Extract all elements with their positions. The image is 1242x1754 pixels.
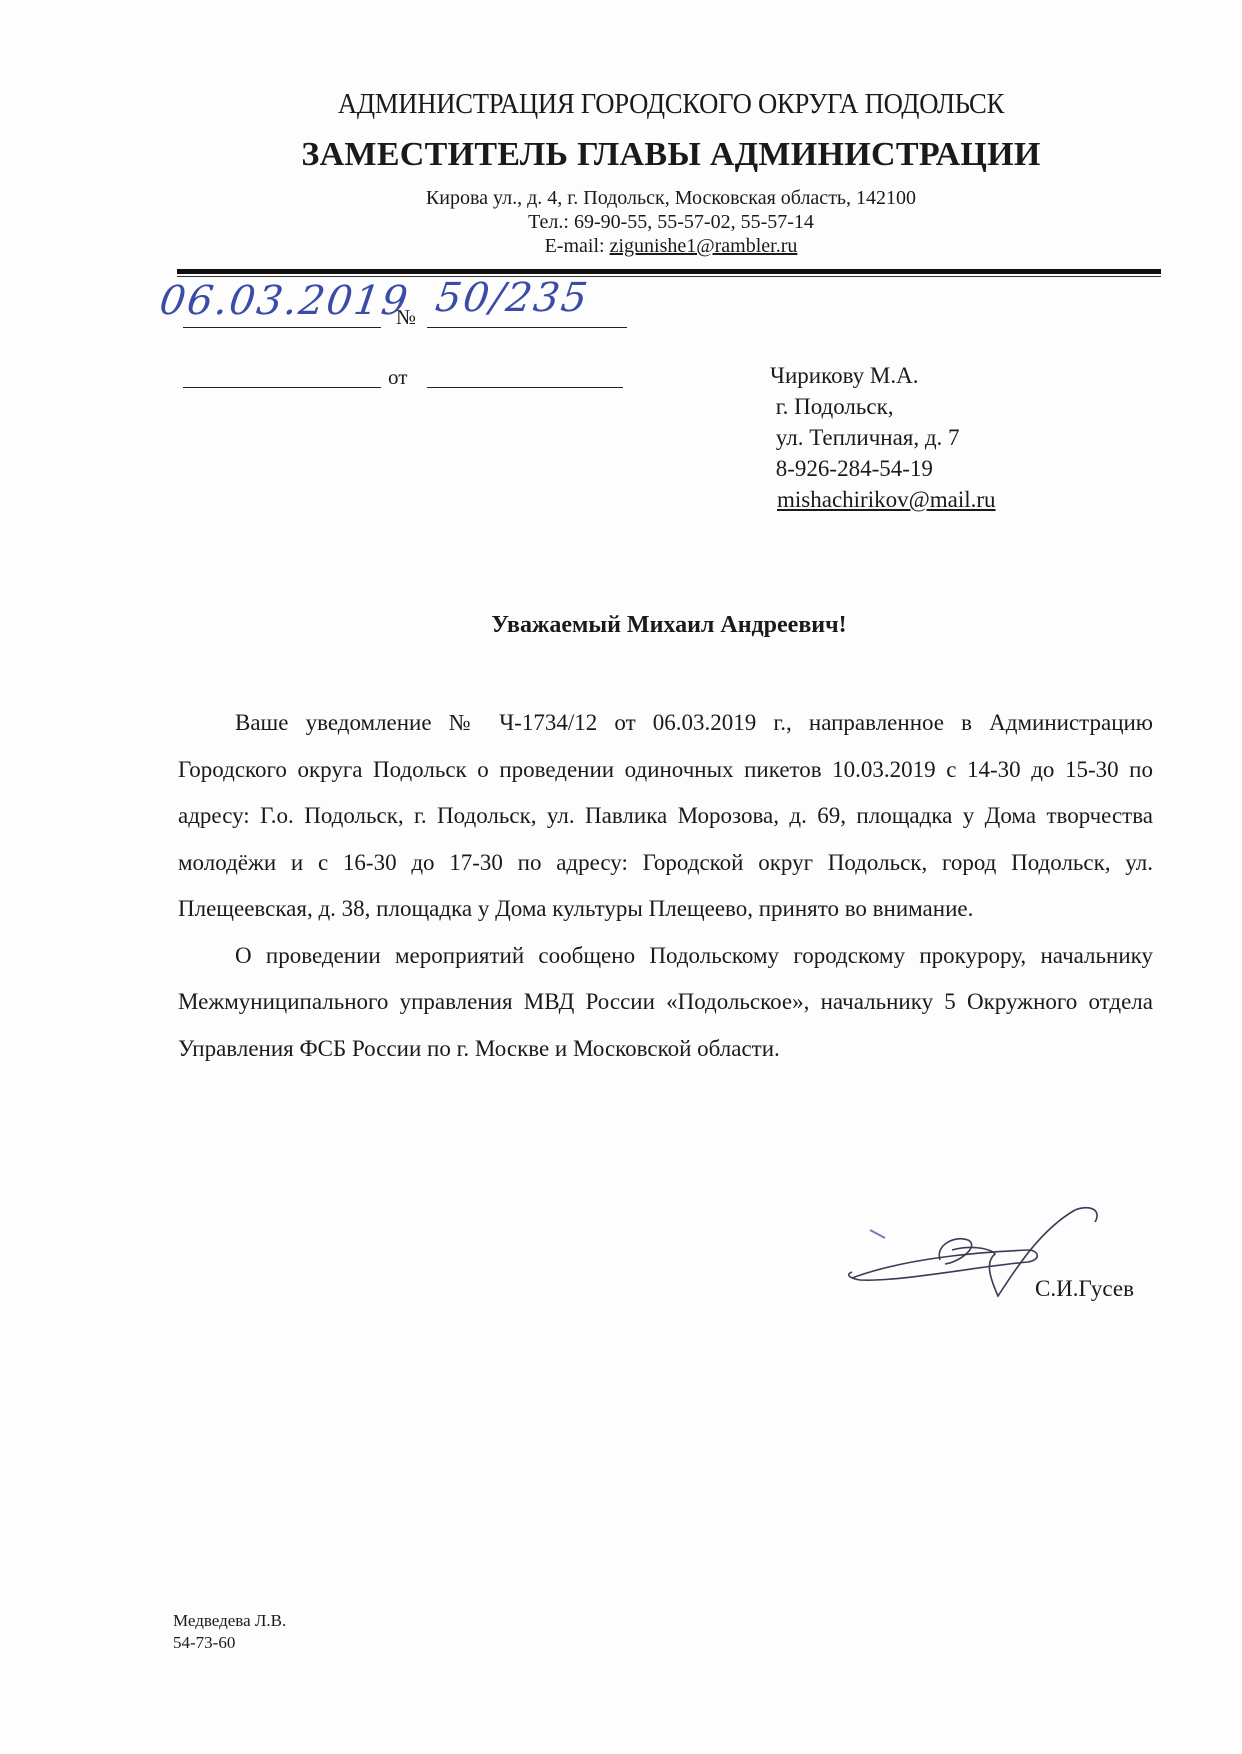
number-underline bbox=[427, 327, 627, 328]
letterhead-address: Кирова ул., д. 4, г. Подольск, Московска… bbox=[0, 186, 1242, 210]
letterhead-email-line: E-mail: zigunishe1@rambler.ru bbox=[0, 234, 1242, 258]
incoming-number-line bbox=[427, 387, 623, 388]
body-paragraph-1: Ваше уведомление № Ч-1734/12 от 06.03.20… bbox=[178, 700, 1153, 933]
number-sign: № bbox=[396, 305, 416, 330]
incoming-date-line bbox=[183, 387, 381, 388]
recipient-city: г. Подольск, bbox=[770, 391, 996, 422]
outgoing-number-handwritten: 50/235 bbox=[433, 275, 592, 321]
letterhead-email-link[interactable]: zigunishe1@rambler.ru bbox=[610, 235, 798, 257]
header-divider-thin bbox=[177, 276, 1161, 277]
organization-name: АДМИНИСТРАЦИЯ ГОРОДСКОГО ОКРУГА ПОДОЛЬСК bbox=[54, 88, 1242, 121]
letter-body: Ваше уведомление № Ч-1734/12 от 06.03.20… bbox=[178, 700, 1153, 1072]
from-label: от bbox=[388, 365, 407, 390]
date-underline bbox=[183, 327, 381, 328]
recipient-street: ул. Тепличная, д. 7 bbox=[770, 422, 996, 453]
recipient-phone: 8-926-284-54-19 bbox=[770, 453, 996, 484]
letterhead-phones: Тел.: 69-90-55, 55-57-02, 55-57-14 bbox=[0, 210, 1242, 234]
letterhead-contacts: Кирова ул., д. 4, г. Подольск, Московска… bbox=[0, 186, 1242, 258]
position-title: ЗАМЕСТИТЕЛЬ ГЛАВЫ АДМИНИСТРАЦИИ bbox=[0, 136, 1242, 174]
executor-block: Медведева Л.В. 54-73-60 bbox=[173, 1610, 286, 1654]
executor-phone: 54-73-60 bbox=[173, 1632, 286, 1654]
recipient-name: Чирикову М.А. bbox=[770, 360, 996, 391]
salutation: Уважаемый Михаил Андреевич! bbox=[0, 612, 1242, 639]
outgoing-date-handwritten: 06.03.2019 bbox=[157, 278, 412, 324]
signatory-name: С.И.Гусев bbox=[1035, 1276, 1134, 1302]
executor-name: Медведева Л.В. bbox=[173, 1610, 286, 1632]
recipient-block: Чирикову М.А. г. Подольск, ул. Тепличная… bbox=[770, 360, 996, 515]
header-divider bbox=[177, 269, 1161, 274]
recipient-email-link[interactable]: mishachirikov@mail.ru bbox=[777, 487, 996, 512]
body-paragraph-2: О проведении мероприятий сообщено Подоль… bbox=[178, 933, 1153, 1073]
email-label: E-mail: bbox=[545, 235, 610, 257]
